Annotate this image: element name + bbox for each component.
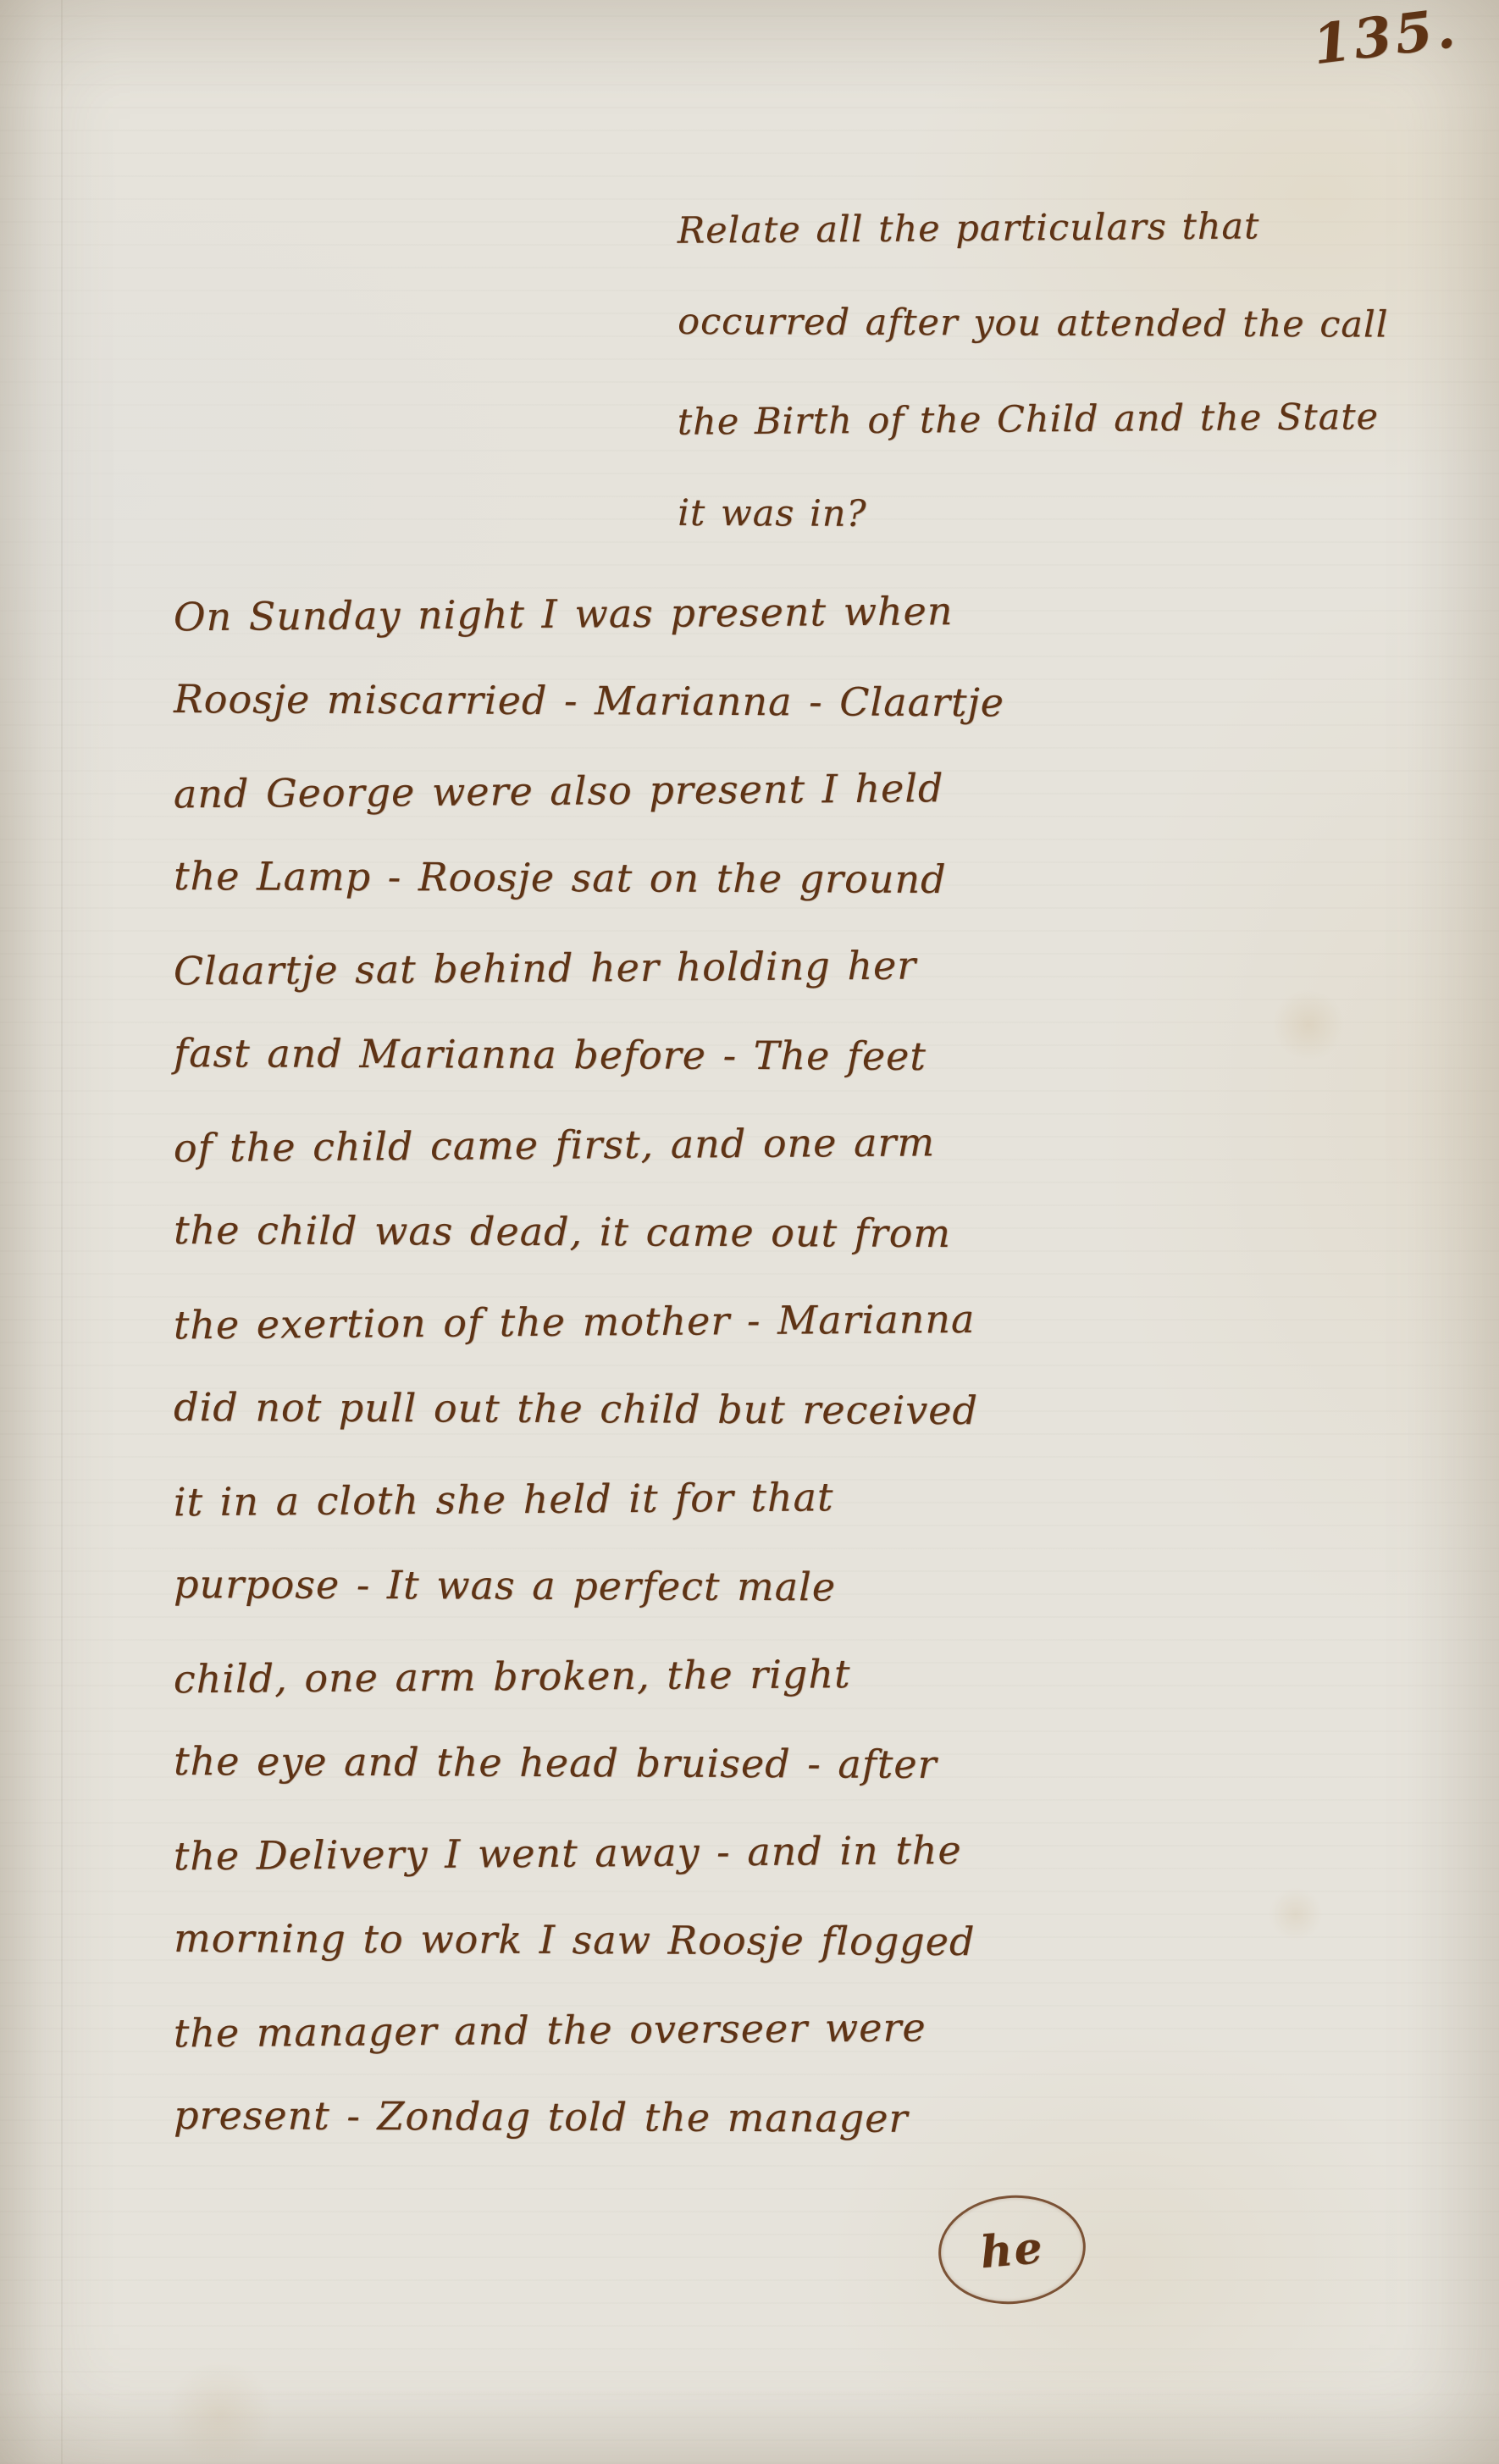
question-line: the Birth of the Child and the State bbox=[678, 395, 1483, 496]
catchword-circle: he bbox=[934, 2190, 1090, 2311]
page-number: 135. bbox=[1309, 0, 1462, 77]
answer-line: the child was dead, it came out from bbox=[174, 1207, 1325, 1300]
answer-line: Claartje sat behind her holding her bbox=[174, 939, 1326, 1037]
answer-line: and George were also present I held bbox=[174, 762, 1326, 860]
answer-block: On Sunday night I was present when Roosj… bbox=[174, 590, 1325, 2183]
answer-line: present - Zondag told the manager bbox=[174, 2092, 1325, 2185]
answer-line: the exertion of the mother - Marianna bbox=[174, 1293, 1326, 1391]
catchword: he bbox=[978, 2221, 1046, 2278]
answer-line: Roosje miscarried - Marianna - Claartje bbox=[174, 676, 1325, 769]
question-line: occurred after you attended the call bbox=[678, 301, 1482, 400]
manuscript-page: 135. Relate all the particulars that occ… bbox=[0, 0, 1499, 2464]
answer-line: purpose - It was a perfect male bbox=[174, 1561, 1325, 1654]
question-line: it was in? bbox=[678, 492, 1482, 591]
answer-line: it in a cloth she held it for that bbox=[174, 1470, 1326, 1568]
answer-line: child, one arm broken, the right bbox=[174, 1647, 1326, 1745]
answer-line: the Lamp - Roosje sat on the ground bbox=[174, 853, 1325, 946]
answer-line: the eye and the head bruised - after bbox=[174, 1738, 1325, 1831]
answer-line: morning to work I saw Roosje flogged bbox=[174, 1915, 1325, 2008]
answer-line: fast and Marianna before - The feet bbox=[174, 1030, 1325, 1123]
question-line: Relate all the particulars that bbox=[678, 203, 1483, 305]
answer-line: the manager and the overseer were bbox=[174, 2002, 1326, 2099]
answer-line: the Delivery I went away - and in the bbox=[174, 1824, 1326, 1922]
answer-line: On Sunday night I was present when bbox=[174, 585, 1326, 683]
answer-line: of the child came first, and one arm bbox=[174, 1116, 1326, 1214]
question-block: Relate all the particulars that occurred… bbox=[678, 207, 1482, 590]
answer-line: did not pull out the child but received bbox=[174, 1384, 1325, 1477]
